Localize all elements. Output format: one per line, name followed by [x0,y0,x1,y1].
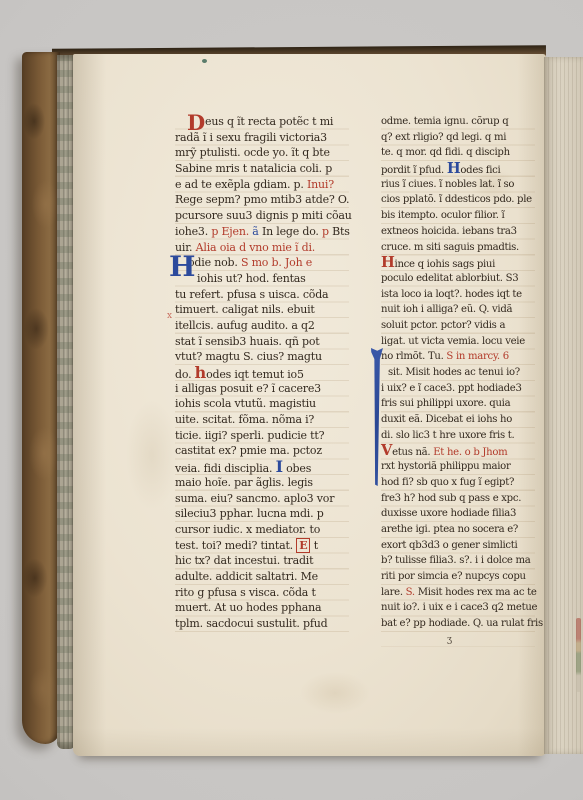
text-segment: di. slo lic3 t hre uxore fris t. [381,430,514,441]
underleaf-illumination-sliver [576,618,581,692]
text-segment: iohis scola vtutũ. magistiu [175,397,316,410]
text-segment: hod fi? sb quo x fug ĩ egipt? [381,477,514,488]
text-segment: odes fici [460,165,500,176]
parchment-stain [126,400,178,510]
manuscript-line: extneos hoicida. iebans tra3 [381,224,535,240]
text-segment: no rlmõt. Tu. [381,351,446,362]
text-segment: castitat ex? pmie ma. pctoz [175,444,322,457]
text-segment: tu refert. pfusa s uisca. cõda [175,288,328,301]
manuscript-line: e ad te exẽpla gdiam. p. Inui? [175,177,349,193]
text-segment: radã ĩ i sexu fragili victoria3 [175,131,327,144]
manuscript-line: soluit pctor. pctor? vidis a [381,318,535,334]
manuscript-line: q? ext rligio? qd legi. q mi [381,130,535,146]
marginal-correction-mark: x [167,311,172,321]
text-segment: Bts [332,225,350,238]
manuscript-line: mrỹ ptulisti. ocde yo. ĩt q bte [175,145,349,161]
initial-letter: V [381,442,392,459]
manuscript-line: pordit ĩ pfud. Hodes fici [381,161,535,177]
manuscript-line: adulte. addicit saltatri. Me [175,569,349,585]
text-segment: fris sui philippi uxore. quia [381,398,510,409]
manuscript-line: pcursore suu3 dignis p miti cõau [175,208,349,224]
text-segment: extneos hoicida. iebans tra3 [381,226,517,237]
manuscript-line: sileciu3 pphar. lucna mdi. p [175,506,349,522]
text-segment: S. [406,587,418,598]
text-segment: i alligas posuit e? ĩ cacere3 [175,382,321,395]
manuscript-line: odme. temia ignu. cõrup q [381,114,535,130]
manuscript-line: i uix? e ĩ cace3. ppt hodiade3 [381,381,535,397]
text-segment: mrỹ ptulisti. ocde yo. ĩt q bte [175,146,330,159]
text-segment: rius ĩ ciues. ĩ nobles lat. ĩ so [381,179,514,190]
text-segment: In lege do. [262,225,322,238]
text-segment: adulte. addicit saltatri. Me [175,570,318,583]
text-segment: Alia oia d vno mie ĩ di. [196,241,315,254]
text-segment: S in marcy. 6 [446,351,508,362]
manuscript-line: cios pplatõ. ĩ ddesticos pdo. ple [381,192,535,208]
text-segment: eus q ĩt recta potẽc t mi [205,115,333,128]
manuscript-line: Vetus nã. Et he. o b Jhom [381,443,535,459]
manuscript-line: ista loco ia loqt?. hodes iqt te [381,287,535,303]
text-segment: Rege sepm? pmo mtib3 atde? O. [175,193,349,206]
text-segment: suma. eiu? sancmo. aplo3 vor [175,492,334,505]
manuscript-line: rius ĩ ciues. ĩ nobles lat. ĩ so [381,177,535,193]
manuscript-line: ʒ [381,632,535,648]
manuscript-line: bis itempto. oculor filior. ĩ [381,208,535,224]
manuscript-line: Sabine mris t natalicia coli. p [175,161,349,177]
text-segment: do. [175,368,195,381]
manuscript-line: timuert. caligat nils. ebuit [175,302,349,318]
text-segment: odie nob. [188,256,241,269]
ink-speck [202,59,207,63]
manuscript-line: veia. fidi disciplia. I obes [175,459,349,475]
text-segment: poculo edelitat ablorbiut. S3 [381,273,518,284]
text-segment: pcursore suu3 dignis p miti cõau [175,209,352,222]
text-segment: riti por simcia e? nupcys copu [381,571,526,582]
manuscript-line: suma. eiu? sancmo. aplo3 vor [175,491,349,507]
manuscript-line: muert. At uo hodes pphana [175,600,349,616]
manuscript-line: tplm. sacdocui sustulit. pfud [175,616,349,632]
text-column-right: odme. temia ignu. cõrup qq? ext rligio? … [381,114,535,647]
manuscript-line: no rlmõt. Tu. S in marcy. 6 [381,349,535,365]
manuscript-line: hod fi? sb quo x fug ĩ egipt? [381,475,535,491]
manuscript-line: b? tulisse filia3. s?. i i dolce ma [381,553,535,569]
initial-letter: H [381,254,395,271]
text-segment: tplm. sacdocui sustulit. pfud [175,617,327,630]
text-segment: iohe3. [175,225,211,238]
manuscript-line: bat e? pp hodiade. Q. ua rulat fris [381,616,535,632]
manuscript-line: ligat. ut victa vemia. locu veie [381,334,535,350]
text-segment: maio hoĩe. par ãglis. legis [175,476,313,489]
initial-letter: E [296,538,310,553]
manuscript-line: iohis ut? hod. fentas [175,271,349,287]
manuscript-line: fris sui philippi uxore. quia [381,396,535,412]
text-segment: rito g pfusa s visca. cõda t [175,586,316,599]
text-segment: odme. temia ignu. cõrup q [381,116,508,127]
text-segment: nuit ioh i alliga? eũ. Q. vidã [381,304,512,315]
text-segment: Misit hodes rex ma ac te [418,587,537,598]
manuscript-line: uir. Alia oia d vno mie ĩ di. [175,240,349,256]
manuscript-line: poculo edelitat ablorbiut. S3 [381,271,535,287]
text-segment: uite. scitat. fõma. nõma i? [175,413,314,426]
manuscript-photo: Deus q ĩt recta potẽc t miradã ĩ i sexu … [0,0,583,800]
text-segment: rxt hystoriã philippu maior [381,461,510,472]
text-segment: soluit pctor. pctor? vidis a [381,320,505,331]
text-segment: p [322,225,332,238]
text-segment: ticie. iigi? sperli. pudicie tt? [175,429,324,442]
text-segment: arethe igi. ptea no socera e? [381,524,518,535]
manuscript-line: stat ĩ sensib3 huais. qñ pot [175,334,349,350]
text-segment: iohis ut? hod. fentas [197,272,306,285]
manuscript-line: arethe igi. ptea no socera e? [381,522,535,538]
manuscript-line: iohis scola vtutũ. magistiu [175,396,349,412]
text-segment: pordit ĩ pfud. [381,165,447,176]
manuscript-line: duxisse uxore hodiade filia3 [381,506,535,522]
text-segment: e ad te exẽpla gdiam. p. [175,178,307,191]
text-segment: q? ext rligio? qd legi. q mi [381,132,506,143]
text-segment: bat e? pp hodiade. Q. ua rulat fris [381,618,543,629]
manuscript-line: rxt hystoriã philippu maior [381,459,535,475]
manuscript-line: ticie. iigi? sperli. pudicie tt? [175,428,349,444]
initial-letter: ʒ [447,635,452,645]
book-spine-leather [22,52,60,744]
text-segment: sileciu3 pphar. lucna mdi. p [175,507,324,520]
text-segment: muert. At uo hodes pphana [175,601,321,614]
text-segment: b? tulisse filia3. s?. i i dolce ma [381,555,531,566]
initial-letter: h [195,363,206,382]
manuscript-line: i alligas posuit e? ĩ cacere3 [175,381,349,397]
manuscript-line: test. toi? medi? tintat. E t [175,538,349,554]
text-segment: p Ejen. [211,225,252,238]
manuscript-line: itellcis. aufug audito. a q2 [175,318,349,334]
manuscript-line: exort qb3d3 o gener simlicti [381,538,535,554]
text-segment: ista loco ia loqt?. hodes iqt te [381,289,522,300]
text-segment: cruce. m siti saguis pmadtis. [381,242,519,253]
text-segment: nuit io?. i uix e i cace3 q2 metue [381,602,537,613]
text-segment: sit. Misit hodes ac tenui io? [388,367,520,378]
manuscript-line: di. slo lic3 t hre uxore fris t. [381,428,535,444]
manuscript-line: lare. S. Misit hodes rex ma ac te [381,585,535,601]
manuscript-line: castitat ex? pmie ma. pctoz [175,443,349,459]
manuscript-line: Hodie nob. S mo b. Joh e [175,255,349,271]
manuscript-line: fre3 h? hod sub q pass e xpc. [381,491,535,507]
manuscript-line: te. q mor. qd fidi. q disciph [381,145,535,161]
text-segment: exort qb3d3 o gener simlicti [381,540,517,551]
text-segment: duxisse uxore hodiade filia3 [381,508,516,519]
text-segment: veia. fidi disciplia. [175,462,276,475]
text-segment: i uix? e ĩ cace3. ppt hodiade3 [381,383,522,394]
text-segment: bis itempto. oculor filior. ĩ [381,210,504,221]
text-segment: ince q iohis sags piui [395,259,496,270]
initial-letter: H [447,160,461,177]
manuscript-line: hic tx? dat incestui. tradit [175,553,349,569]
manuscript-line: tu refert. pfusa s uisca. cõda [175,287,349,303]
manuscript-line: cruce. m siti saguis pmadtis. [381,240,535,256]
text-segment: test. toi? medi? tintat. [175,539,296,552]
text-segment: etus nã. [392,447,433,458]
manuscript-line: Hince q iohis sags piui [381,255,535,271]
text-segment: te. q mor. qd fidi. q disciph [381,147,510,158]
text-segment: itellcis. aufug audito. a q2 [175,319,315,332]
manuscript-line: nuit ioh i alliga? eũ. Q. vidã [381,302,535,318]
manuscript-line: cursor iudic. x mediator. to [175,522,349,538]
text-column-left: Deus q ĩt recta potẽc t miradã ĩ i sexu … [175,114,349,632]
text-segment: cios pplatõ. ĩ ddesticos pdo. ple [381,194,532,205]
initial-letter: I [276,457,283,476]
text-segment: Sabine mris t natalicia coli. p [175,162,332,175]
text-segment: fre3 h? hod sub q pass e xpc. [381,493,521,504]
manuscript-line: Rege sepm? pmo mtib3 atde? O. [175,192,349,208]
text-segment: Inui? [307,178,334,191]
manuscript-line: maio hoĩe. par ãglis. legis [175,475,349,491]
manuscript-line: rito g pfusa s visca. cõda t [175,585,349,601]
parchment-stain [300,672,370,714]
text-segment: Et he. o b Jhom [433,447,507,458]
manuscript-line: iohe3. p Ejen. ã In lege do. p Bts [175,224,349,240]
manuscript-line: nuit io?. i uix e i cace3 q2 metue [381,600,535,616]
manuscript-line: riti por simcia e? nupcys copu [381,569,535,585]
text-segment: cursor iudic. x mediator. to [175,523,320,536]
page-stack-edges [57,55,74,749]
text-segment: hic tx? dat incestui. tradit [175,554,313,567]
text-segment: duxit eã. Dicebat ei iohs ho [381,414,512,425]
manuscript-line: sit. Misit hodes ac tenui io? [381,365,535,381]
manuscript-line: uite. scitat. fõma. nõma i? [175,412,349,428]
manuscript-line: duxit eã. Dicebat ei iohs ho [381,412,535,428]
text-segment: t [310,539,318,552]
text-segment: ã [252,225,262,238]
manuscript-line: Deus q ĩt recta potẽc t mi [175,114,349,130]
text-segment: vtut? magtu S. cius? magtu [175,350,322,363]
text-segment: timuert. caligat nils. ebuit [175,303,315,316]
manuscript-line: do. hodes iqt temut io5 [175,365,349,381]
text-segment: stat ĩ sensib3 huais. qñ pot [175,335,320,348]
text-segment: ligat. ut victa vemia. locu veie [381,336,525,347]
text-segment: odes iqt temut io5 [206,368,304,381]
manuscript-line: radã ĩ i sexu fragili victoria3 [175,130,349,146]
text-segment: S mo b. Joh e [241,256,312,269]
text-segment: lare. [381,587,406,598]
text-segment: obes [283,462,311,475]
